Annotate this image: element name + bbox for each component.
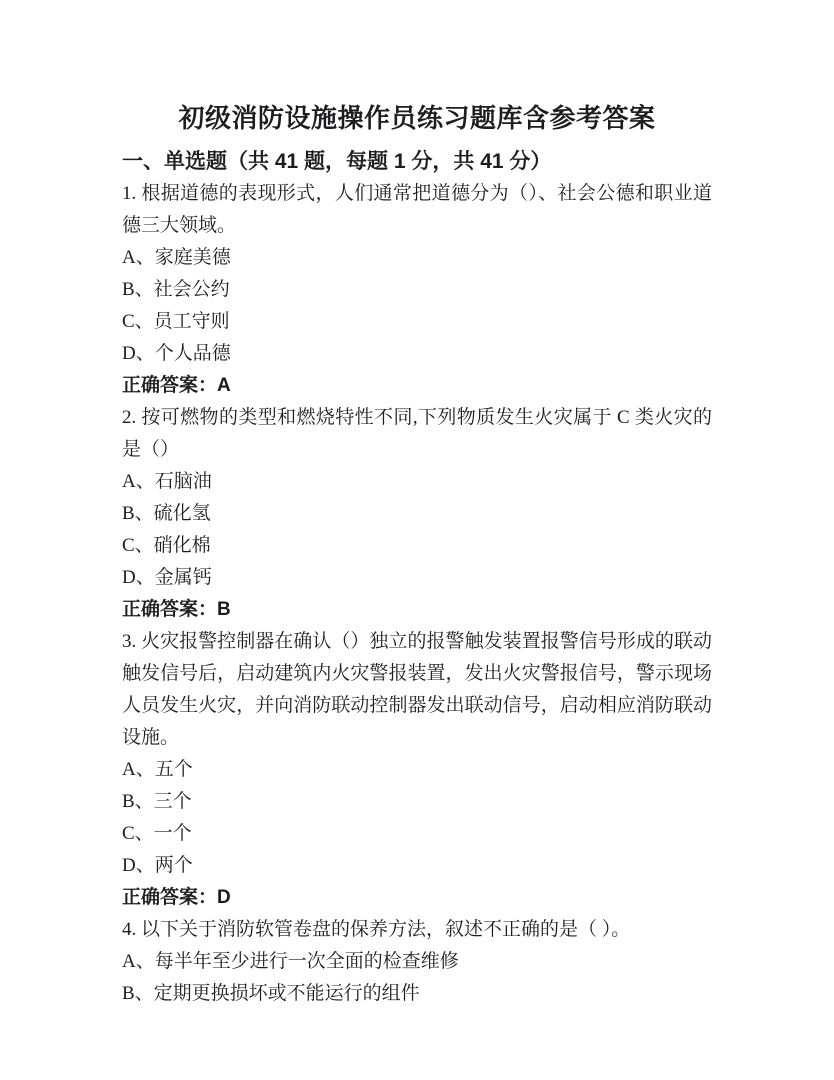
question-2-option-b: B、硫化氢: [122, 498, 712, 530]
question-text: 3. 火灾报警控制器在确认（）独立的报警触发装置报警信号形成的联动触发信号后，启…: [122, 626, 712, 754]
question-1-option-b: B、社会公约: [122, 274, 712, 306]
question-3: 3. 火灾报警控制器在确认（）独立的报警触发装置报警信号形成的联动触发信号后，启…: [122, 626, 712, 914]
question-3-option-b: B、三个: [122, 786, 712, 818]
question-4: 4. 以下关于消防软管卷盘的保养方法，叙述不正确的是（ ）。 A、每半年至少进行…: [122, 914, 712, 1010]
question-1-option-d: D、个人品德: [122, 338, 712, 370]
question-2-option-a: A、石脑油: [122, 466, 712, 498]
question-text: 1. 根据道德的表现形式，人们通常把道德分为（）、社会公德和职业道德三大领域。: [122, 178, 712, 242]
question-1-option-a: A、家庭美德: [122, 242, 712, 274]
document-page: 初级消防设施操作员练习题库含参考答案 一、单选题（共 41 题，每题 1 分，共…: [0, 0, 834, 1080]
question-2-option-c: C、硝化棉: [122, 530, 712, 562]
question-1: 1. 根据道德的表现形式，人们通常把道德分为（）、社会公德和职业道德三大领域。 …: [122, 178, 712, 402]
question-3-option-c: C、一个: [122, 818, 712, 850]
question-4-option-a: A、每半年至少进行一次全面的检查维修: [122, 946, 712, 978]
question-3-option-a: A、五个: [122, 754, 712, 786]
question-2-option-d: D、金属钙: [122, 562, 712, 594]
question-text: 2. 按可燃物的类型和燃烧特性不同,下列物质发生火灾属于 C 类火灾的是（）: [122, 402, 712, 466]
question-3-option-d: D、两个: [122, 850, 712, 882]
question-text: 4. 以下关于消防软管卷盘的保养方法，叙述不正确的是（ ）。: [122, 914, 712, 946]
question-3-answer: 正确答案：D: [122, 882, 712, 914]
question-4-option-b: B、定期更换损坏或不能运行的组件: [122, 978, 712, 1010]
document-title: 初级消防设施操作员练习题库含参考答案: [122, 100, 712, 138]
question-2-answer: 正确答案：B: [122, 594, 712, 626]
section-heading: 一、单选题（共 41 题，每题 1 分，共 41 分）: [122, 146, 712, 178]
question-1-option-c: C、员工守则: [122, 306, 712, 338]
question-1-answer: 正确答案：A: [122, 370, 712, 402]
question-2: 2. 按可燃物的类型和燃烧特性不同,下列物质发生火灾属于 C 类火灾的是（） A…: [122, 402, 712, 626]
